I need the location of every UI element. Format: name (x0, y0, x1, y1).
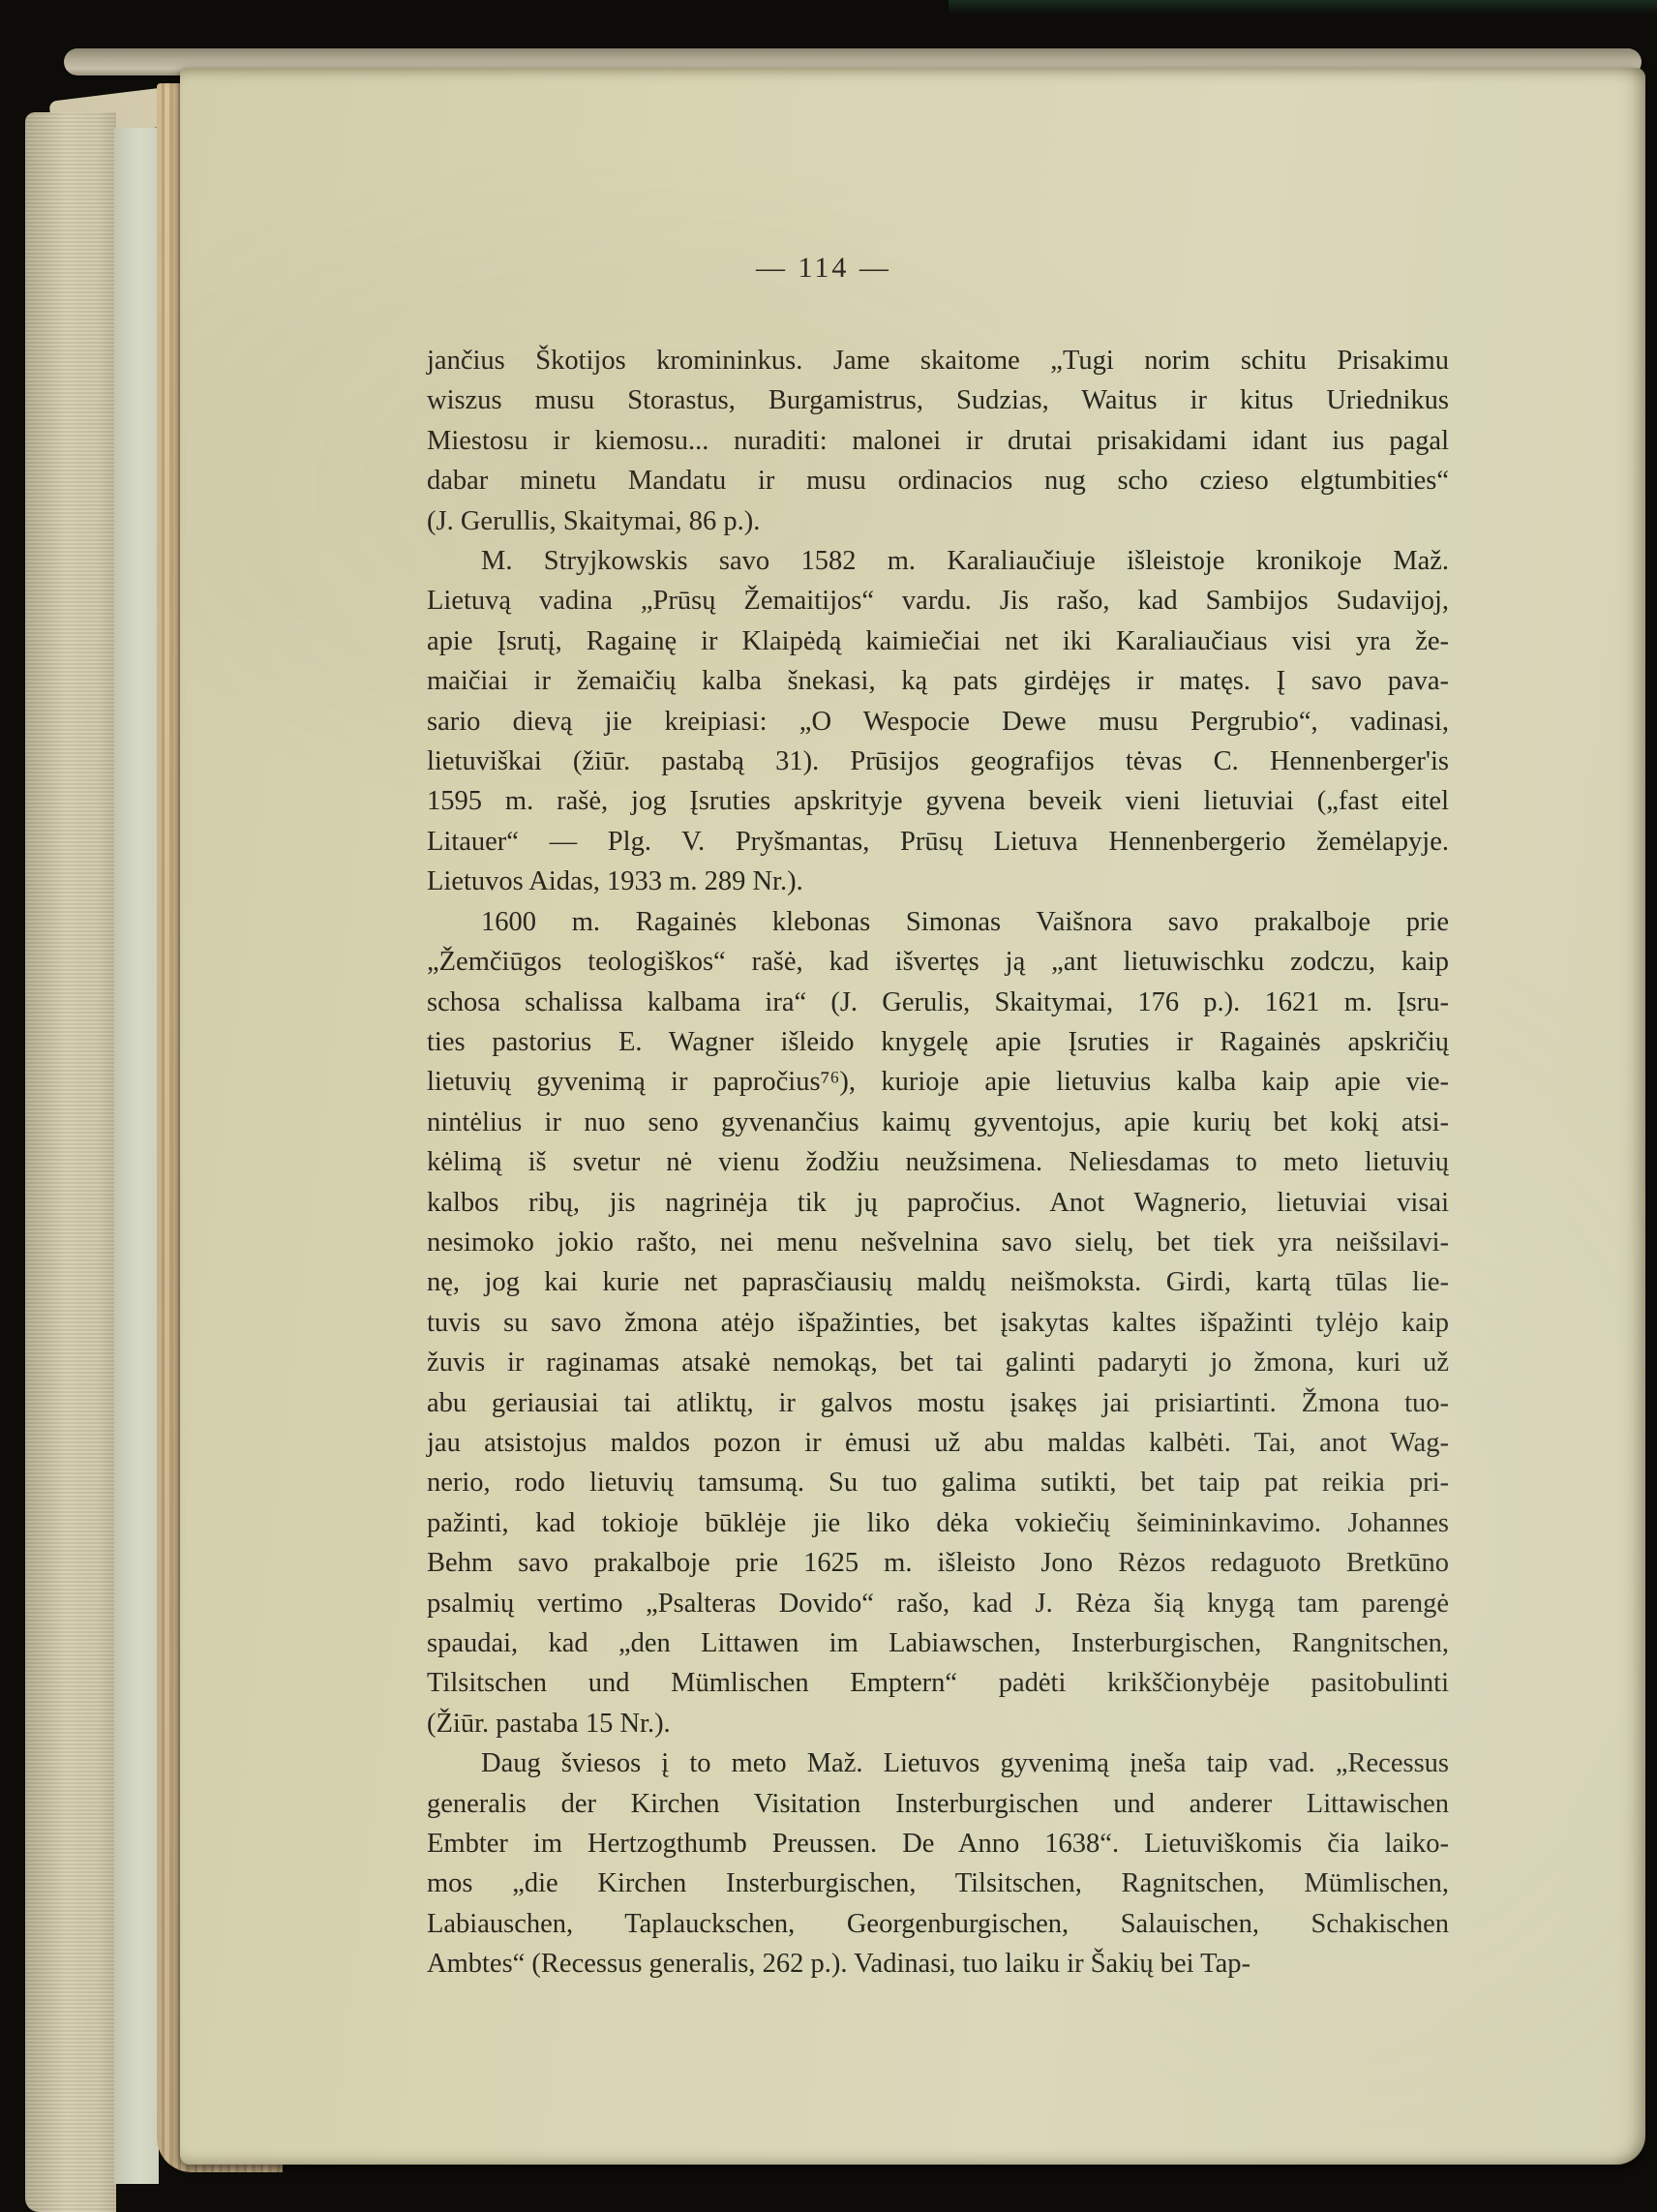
text-line: lietuvių gyvenimą ir papročius⁷⁶), kurio… (427, 1062, 1449, 1102)
text-line: maičiai ir žemaičių kalba šnekasi, ką pa… (427, 661, 1449, 701)
text-line: Ambtes“ (Recessus generalis, 262 p.). Va… (427, 1944, 1449, 1984)
text-line: kėlimą iš svetur nė vienu žodžiu neužsim… (427, 1142, 1449, 1182)
text-line: kalbos ribų, jis nagrinėja tik jų paproč… (427, 1183, 1449, 1223)
text-line: Behm savo prakalboje prie 1625 m. išleis… (427, 1543, 1449, 1583)
page-number: — 114 — (313, 252, 1335, 285)
text-line: pažinti, kad tokioje būklėje jie liko dė… (427, 1503, 1449, 1543)
text-line: jau atsistojus maldos pozon ir ėmusi už … (427, 1423, 1449, 1463)
text-line: „Žemčiūgos teologiškos“ rašė, kad išvert… (427, 942, 1449, 982)
text-line: Lietuvos Aidas, 1933 m. 289 Nr.). (427, 862, 1449, 901)
paragraph: jančius Škotijos kromininkus. Jame skait… (427, 341, 1449, 541)
text-line: mos „die Kirchen Insterburgischen, Tilsi… (427, 1864, 1449, 1903)
page-text: jančius Škotijos kromininkus. Jame skait… (427, 341, 1449, 1985)
text-line: (J. Gerullis, Skaitymai, 86 p.). (427, 501, 1449, 541)
cover-cloth-edge (25, 112, 116, 2212)
text-line: M. Stryjkowskis savo 1582 m. Karaliaučiu… (427, 541, 1449, 581)
paragraph: Daug šviesos į to meto Maž. Lietuvos gyv… (427, 1743, 1449, 1984)
paragraph: M. Stryjkowskis savo 1582 m. Karaliaučiu… (427, 541, 1449, 902)
text-line: wiszus musu Storastus, Burgamistrus, Sud… (427, 380, 1449, 420)
text-line: Daug šviesos į to meto Maž. Lietuvos gyv… (427, 1743, 1449, 1783)
text-line: generalis der Kirchen Visitation Insterb… (427, 1784, 1449, 1824)
text-line: dabar minetu Mandatu ir musu ordinacios … (427, 461, 1449, 500)
text-line: Miestosu ir kiemosu... nuraditi: malonei… (427, 421, 1449, 461)
text-line: 1595 m. rašė, jog Įsruties apskrityje gy… (427, 781, 1449, 821)
text-line: Labiauschen, Taplauckschen, Georgenburgi… (427, 1904, 1449, 1944)
text-line: sario dievą jie kreipiasi: „O Wespocie D… (427, 702, 1449, 742)
text-line: nę, jog kai kurie net paprasčiausių mald… (427, 1262, 1449, 1302)
text-line: Embter im Hertzogthumb Preussen. De Anno… (427, 1824, 1449, 1864)
text-line: spaudai, kad „den Littawen im Labiawsche… (427, 1623, 1449, 1663)
text-line: apie Įsrutį, Ragainę ir Klaipėdą kaimieč… (427, 621, 1449, 661)
text-line: nesimoko jokio rašto, nei menu nešvelnin… (427, 1223, 1449, 1262)
text-line: abu geriausiai tai atliktų, ir galvos mo… (427, 1383, 1449, 1423)
endpaper-edge (114, 128, 159, 2184)
text-line: Litauer“ — Plg. V. Pryšmantas, Prūsų Lie… (427, 822, 1449, 862)
text-line: nerio, rodo lietuvių tamsumą. Su tuo gal… (427, 1463, 1449, 1502)
text-line: 1600 m. Ragainės klebonas Simonas Vaišno… (427, 902, 1449, 942)
text-line: psalmių vertimo „Psalteras Dovido“ rašo,… (427, 1584, 1449, 1623)
text-line: (Žiūr. pastaba 15 Nr.). (427, 1704, 1449, 1743)
text-line: lietuviškai (žiūr. pastabą 31). Prūsijos… (427, 742, 1449, 781)
background-tint (949, 0, 1657, 15)
text-line: schosa schalissa kalbama ira“ (J. Geruli… (427, 983, 1449, 1022)
text-line: jančius Škotijos kromininkus. Jame skait… (427, 341, 1449, 380)
text-line: Lietuvą vadina „Prūsų Žemaitijos“ vardu.… (427, 581, 1449, 621)
paragraph: 1600 m. Ragainės klebonas Simonas Vaišno… (427, 902, 1449, 1744)
text-line: tuvis su savo žmona atėjo išpažinties, b… (427, 1303, 1449, 1343)
text-line: ties pastorius E. Wagner išleido knygelę… (427, 1022, 1449, 1062)
scanned-book-photo: { "page": { "number": "— 114 —", "paragr… (0, 0, 1657, 2212)
book-page: — 114 — jančius Škotijos kromininkus. Ja… (180, 68, 1645, 2165)
text-line: Tilsitschen und Mümlischen Emptern“ padė… (427, 1663, 1449, 1703)
text-line: žuvis ir raginamas atsakė nemokąs, bet t… (427, 1343, 1449, 1382)
text-line: nintėlius ir nuo seno gyvenančius kaimų … (427, 1103, 1449, 1142)
